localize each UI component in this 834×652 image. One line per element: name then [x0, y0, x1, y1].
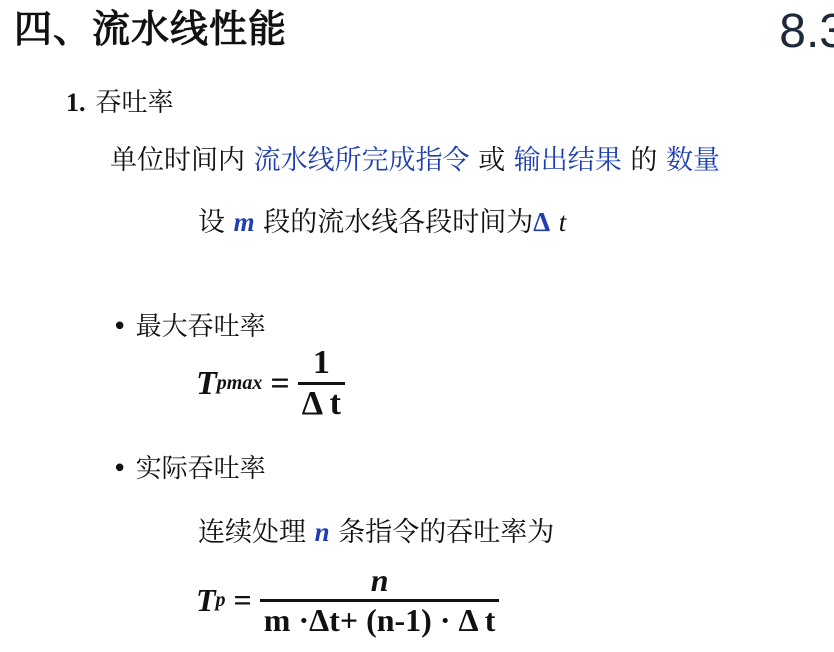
definition-of: 的 — [630, 145, 657, 176]
subheading: 1.吞吐率 — [66, 82, 174, 119]
fraction: 1 Δ t — [298, 344, 345, 423]
fraction: n m ·Δt+ (n-1) · Δ t — [260, 562, 500, 639]
bullet-max-throughput: • 最大吞吐率 — [112, 306, 266, 343]
assumption-pre: 设 — [198, 207, 225, 238]
definition-highlight-1: 流水线所完成指令 — [254, 145, 470, 176]
definition-highlight-2: 输出结果 — [514, 145, 622, 176]
definition-highlight-3: 数量 — [666, 145, 720, 176]
formula-actual-throughput: Tp = n m ·Δt+ (n-1) · Δ t — [196, 562, 499, 639]
formula-lhs: T — [196, 582, 216, 619]
actual-desc-line: 连续处理 n 条指令的吞吐率为 — [198, 510, 554, 549]
var-m: m — [234, 207, 255, 237]
formula-max-throughput: Tpmax = 1 Δ t — [196, 344, 345, 423]
section-number: 8.3 — [779, 4, 834, 59]
formula-lhs-sub: pmax — [217, 372, 263, 395]
subheading-text: 吞吐率 — [96, 88, 174, 118]
definition-line: 单位时间内 流水线所完成指令 或 输出结果 的 数量 — [110, 138, 720, 177]
delta-symbol: Δ — [533, 207, 550, 237]
denominator: Δ t — [298, 385, 345, 423]
var-n: n — [315, 517, 330, 547]
desc-post: 条指令的吞吐率为 — [338, 517, 554, 548]
definition-or: 或 — [478, 145, 505, 176]
formula-lhs-sub: p — [216, 589, 226, 612]
equals-sign: = — [234, 582, 252, 619]
slide-title: 四、流水线性能 — [14, 0, 287, 53]
bullet-actual-throughput: • 实际吞吐率 — [112, 448, 266, 485]
var-t: t — [559, 207, 567, 237]
assumption-mid: 段的流水线各段时间为 — [263, 207, 533, 238]
subheading-number: 1. — [66, 88, 86, 117]
numerator: 1 — [309, 344, 334, 382]
definition-prefix: 单位时间内 — [110, 145, 245, 176]
equals-sign: = — [270, 365, 289, 403]
denominator: m ·Δt+ (n-1) · Δ t — [260, 602, 500, 639]
assumption-line: 设 m 段的流水线各段时间为Δ t — [198, 200, 566, 239]
desc-pre: 连续处理 — [198, 517, 306, 548]
numerator: n — [367, 562, 393, 599]
formula-lhs: T — [196, 365, 217, 403]
